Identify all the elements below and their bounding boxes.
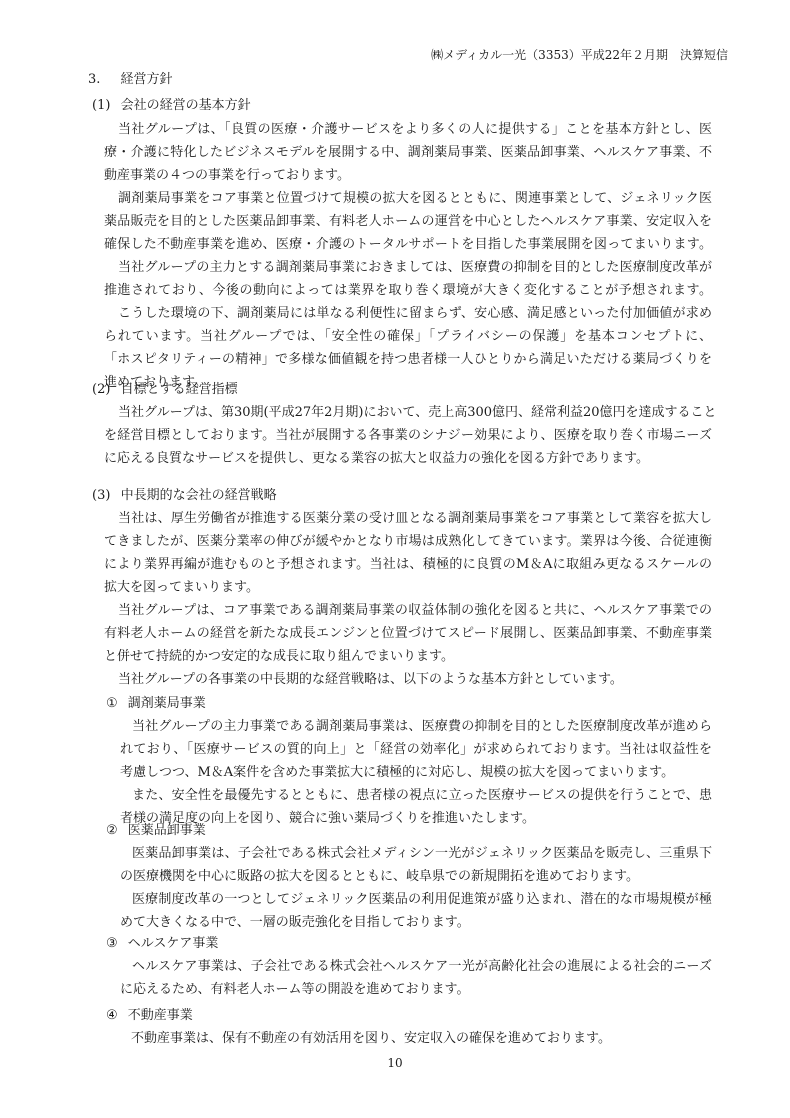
- paragraph-line: 当社グループの各事業の中長期的な経営戦略は、以下のような基本方針としています。: [118, 670, 623, 690]
- item-label: ④: [106, 1008, 118, 1023]
- paragraph-line: 当社グループの主力事業である調剤薬局事業は、医療費の抑制を目的とした医療制度改革…: [132, 717, 712, 737]
- item-title: 調剤薬局事業: [128, 696, 206, 711]
- paragraph-line: また、安全性を最優先するとともに、患者様の視点に立った医療サービスの提供を行うこ…: [132, 786, 712, 806]
- item-label: ③: [106, 936, 118, 951]
- subsection-title: 目標とする経営指標: [121, 382, 238, 397]
- document-page: ㈱メディカル一光（3353）平成22年２月期 決算短信 3. 経営方針 (1) …: [0, 0, 790, 1118]
- subsection-heading-3: (3) 中長期的な会社の経営戦略: [92, 486, 277, 506]
- page-header: ㈱メディカル一光（3353）平成22年２月期 決算短信: [431, 46, 728, 63]
- paragraph-line: 調剤薬局事業をコア事業と位置づけて規模の拡大を図るとともに、関連事業として、ジェ…: [118, 189, 712, 209]
- paragraph-line: めて大きくなる中で、一層の販売強化を目指しております。: [120, 913, 470, 933]
- paragraph-line: ヘルスケア事業は、子会社である株式会社ヘルスケア一光が高齢化社会の進展による社会…: [132, 957, 712, 977]
- paragraph-line: 薬品販売を目的とした医薬品卸事業、有料老人ホームの運営を中心としたヘルスケア事業…: [104, 212, 712, 232]
- item-heading-4: ④ 不動産事業: [106, 1006, 193, 1026]
- item-label: ①: [106, 696, 118, 711]
- subsection-title: 会社の経営の基本方針: [121, 98, 251, 113]
- paragraph-line: 医薬品卸事業は、子会社である株式会社メディシン一光がジェネリック医薬品を販売し、…: [132, 844, 712, 864]
- paragraph-line: 当社グループは、第30期(平成27年2月期)において、売上高300億円、経常利益…: [118, 403, 712, 423]
- paragraph-line: 「ホスピタリティーの精神」で多様な価値観を持つ患者様一人ひとりから満足いただける…: [104, 350, 712, 370]
- page-number: 10: [0, 1056, 790, 1070]
- paragraph-line: により業界再編が進むものと予想されます。当社は、積極的に良質のM＆Aに取組み更な…: [104, 555, 712, 575]
- subsection-heading-2: (2) 目標とする経営指標: [92, 380, 238, 400]
- subsection-label: (1): [92, 98, 110, 113]
- paragraph-line: 有料老人ホームの経営を新たな成長エンジンと位置づけてスピード展開し、医薬品卸事業…: [104, 624, 712, 644]
- subsection-label: (3): [92, 488, 110, 503]
- paragraph-line: の医療機関を中心に販路の拡大を図るとともに、岐阜県での新規開拓を進めております。: [120, 867, 639, 887]
- paragraph-line: 考慮しつつ、M＆A案件を含めた事業拡大に積極的に対応し、規模の拡大を図ってまいり…: [120, 763, 674, 783]
- paragraph-line: 医療制度改革の一つとしてジェネリック医薬品の利用促進策が盛り込まれ、潜在的な市場…: [132, 890, 712, 910]
- paragraph-line: れており、「医療サービスの質的向上」と「経営の効率化」が求められております。当社…: [120, 740, 712, 760]
- item-heading-2: ② 医薬品卸事業: [106, 821, 206, 841]
- subsection-label: (2): [92, 382, 110, 397]
- paragraph-line: と併せて持続的かつ安定的な成長に取り組んでまいります。: [104, 647, 454, 667]
- paragraph-line: 推進されており、今後の動向によっては業界を取り巻く環境が大きく変化することが予想…: [104, 281, 712, 301]
- paragraph-line: 確保した不動産事業を進め、医療・介護のトータルサポートを目指した事業展開を図って…: [104, 235, 712, 255]
- section-number: 3.: [88, 72, 100, 87]
- paragraph-line: 当社グループは、「良質の医療・介護サービスをより多くの人に提供する」ことを基本方…: [118, 120, 712, 140]
- paragraph-line: られています。当社グループでは、「安全性の確保」「プライバシーの保護」を基本コン…: [104, 327, 712, 347]
- subsection-title: 中長期的な会社の経営戦略: [121, 488, 277, 503]
- paragraph-line: 当社グループの主力とする調剤薬局事業におきましては、医療費の抑制を目的とした医療…: [118, 258, 712, 278]
- paragraph-line: 不動産事業は、保有不動産の有効活用を図り、安定収入の確保を進めております。: [131, 1029, 611, 1049]
- paragraph-line: こうした環境の下、調剤薬局には単なる利便性に留まらず、安心感、満足感といった付加…: [118, 304, 712, 324]
- paragraph-line: を経営目標としております。当社が展開する各事業のシナジー効果により、医療を取り巻…: [104, 426, 712, 446]
- paragraph-line: てきましたが、医薬分業率の伸びが緩やかとなり市場は成熟化してきています。業界は今…: [104, 532, 712, 552]
- item-heading-1: ① 調剤薬局事業: [106, 694, 206, 714]
- item-title: ヘルスケア事業: [128, 936, 219, 951]
- paragraph-line: 当社グループは、コア事業である調剤薬局事業の収益体制の強化を図ると共に、ヘルスケ…: [118, 601, 712, 621]
- section-heading: 3. 経営方針: [88, 70, 173, 90]
- item-title: 不動産事業: [128, 1008, 193, 1023]
- section-title: 経営方針: [121, 72, 173, 87]
- paragraph-line: に応えるため、有料老人ホーム等の開設を進めております。: [120, 980, 469, 1000]
- item-title: 医薬品卸事業: [128, 823, 206, 838]
- paragraph-line: 動産事業の４つの事業を行っております。: [104, 166, 350, 186]
- paragraph-line: 療・介護に特化したビジネスモデルを展開する中、調剤薬局事業、医薬品卸事業、ヘルス…: [104, 143, 712, 163]
- paragraph-line: 拡大を図ってまいります。: [104, 578, 259, 598]
- paragraph-line: 当社は、厚生労働省が推進する医薬分業の受け皿となる調剤薬局事業をコア事業として業…: [118, 509, 712, 529]
- subsection-heading-1: (1) 会社の経営の基本方針: [92, 96, 251, 116]
- item-label: ②: [106, 823, 118, 838]
- item-heading-3: ③ ヘルスケア事業: [106, 934, 218, 954]
- paragraph-line: に応える良質なサービスを提供し、更なる業容の拡大と収益力の強化を図る方針でありま…: [104, 449, 649, 469]
